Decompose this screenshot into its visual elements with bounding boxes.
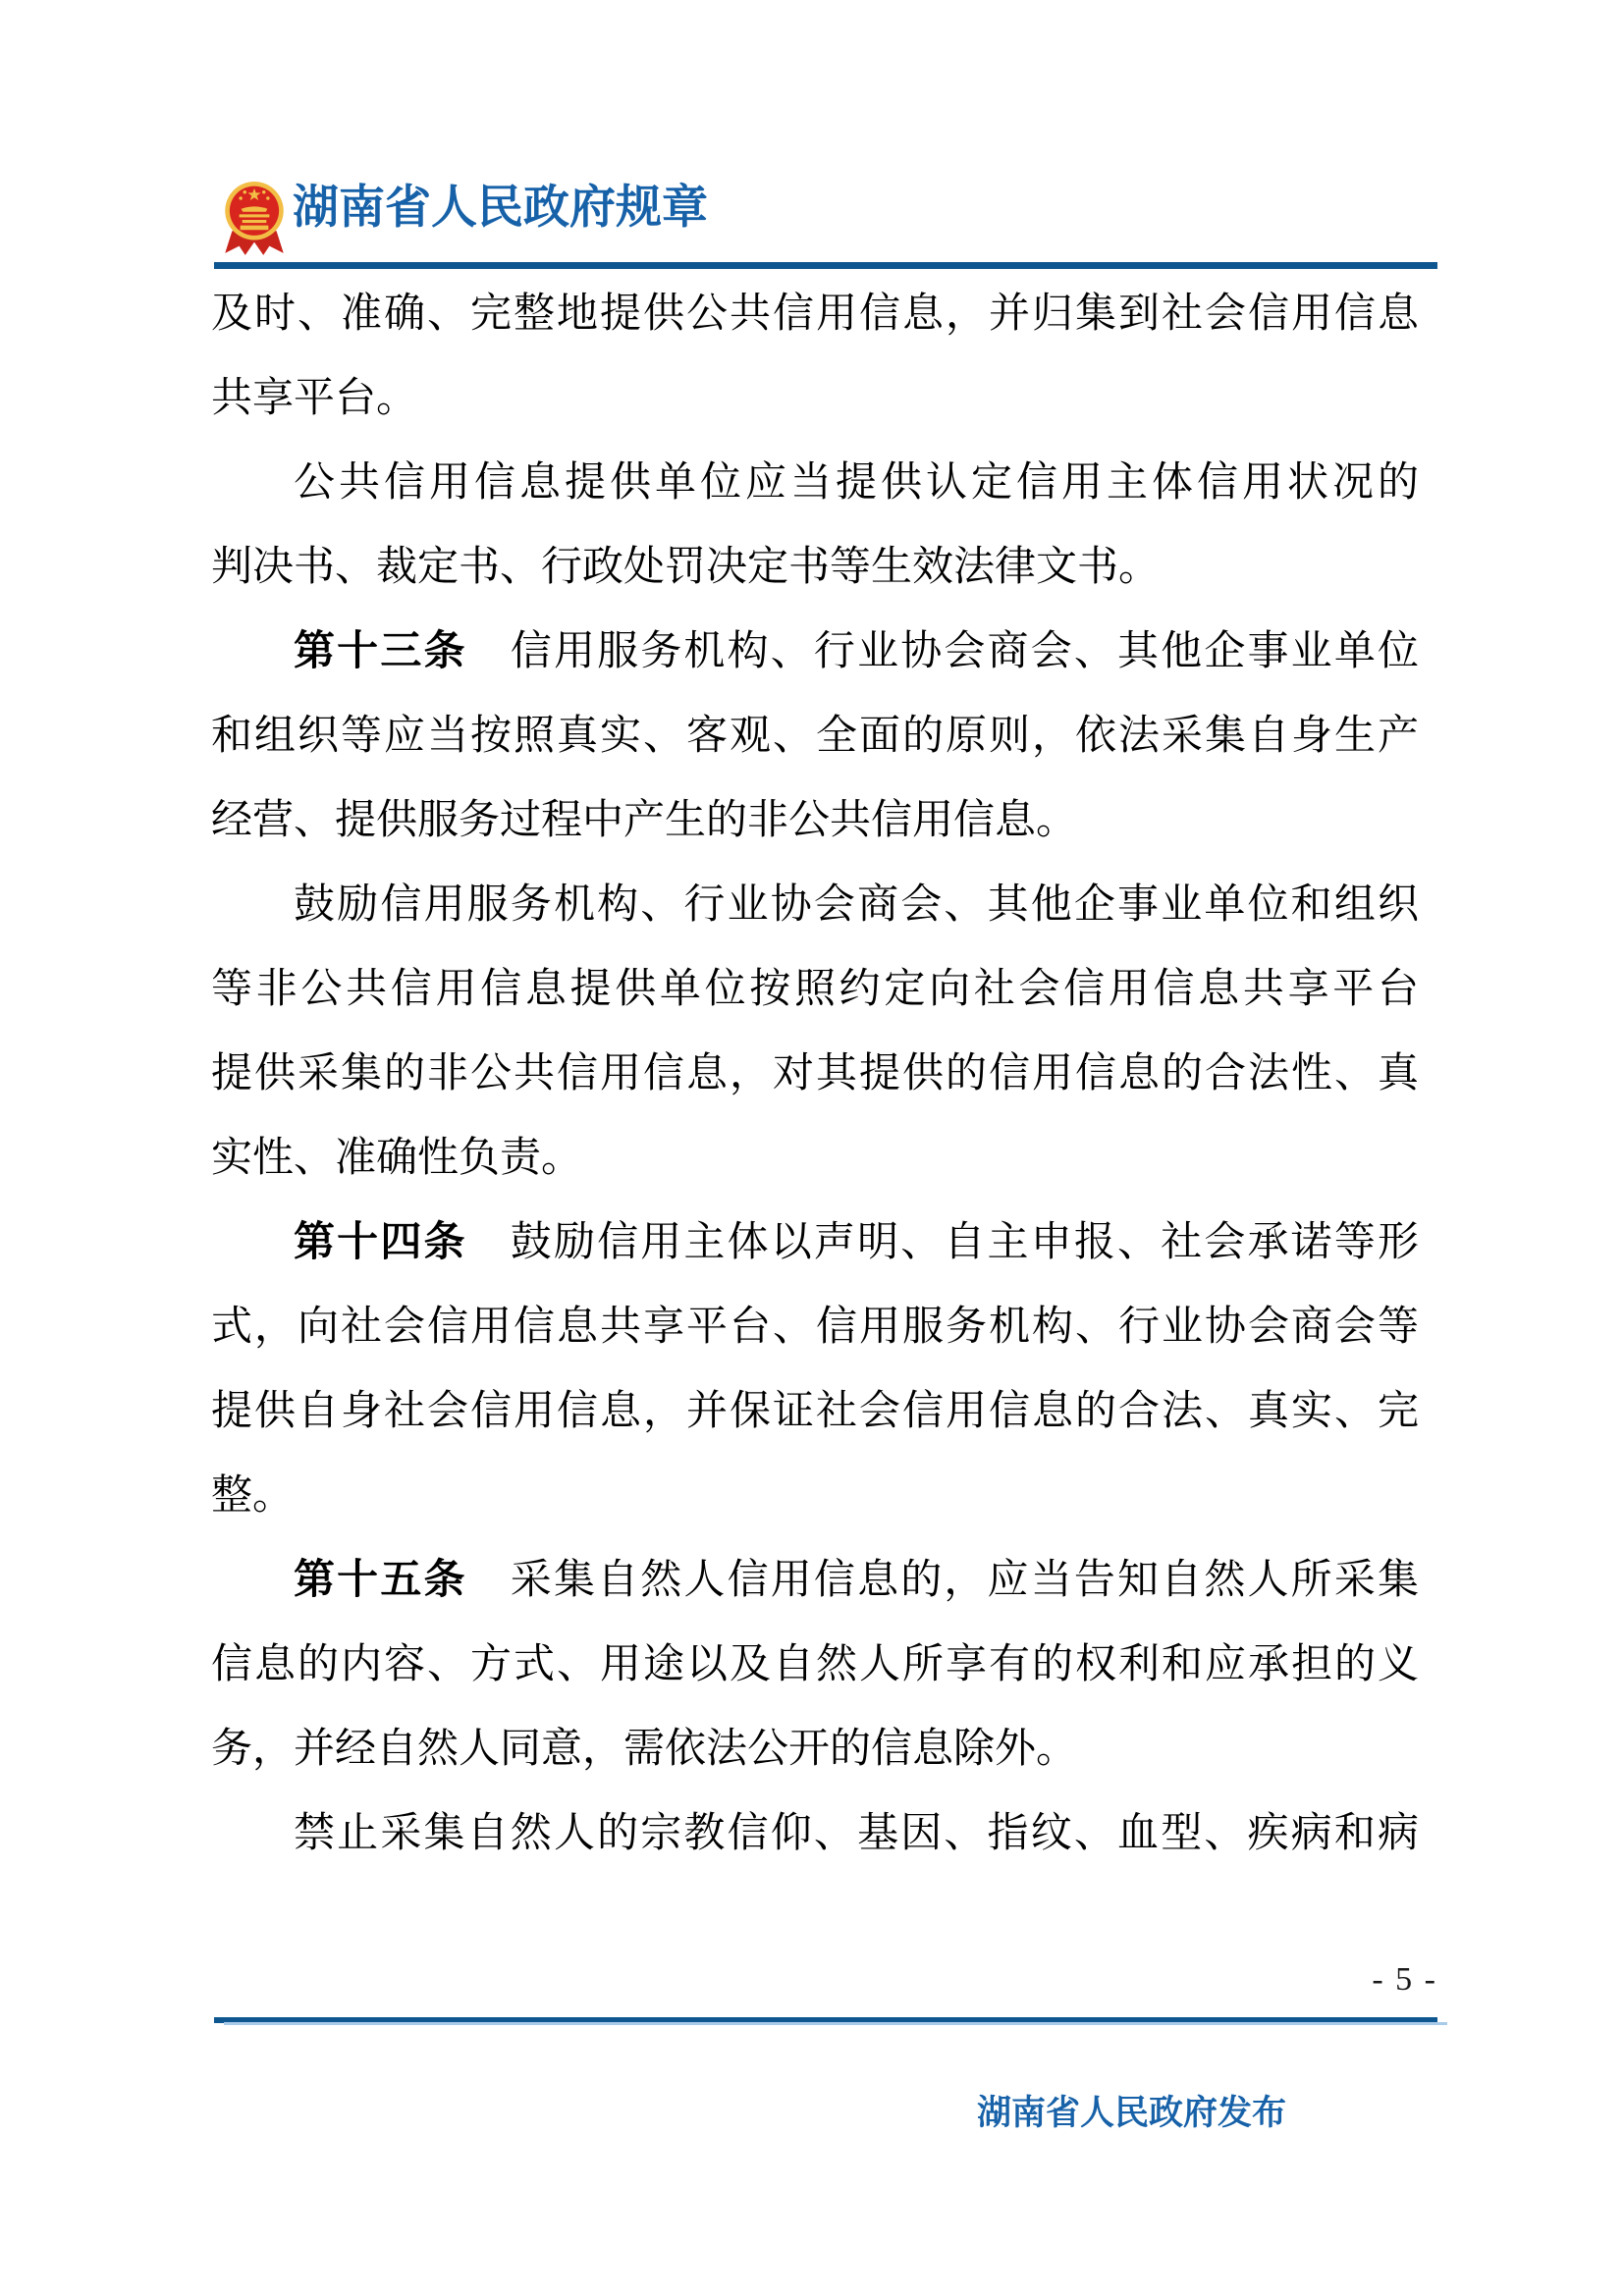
paragraph: 第十四条 鼓励信用主体以声明、自主申报、社会承诺等形式，向社会信用信息共享平台、… [211, 1201, 1419, 1538]
body-line: 提供自身社会信用信息，并保证社会信用信息的合法、真实、完 [211, 1369, 1419, 1454]
header-title: 湖南省人民政府规章 [293, 181, 708, 236]
footer-rule [214, 2017, 1437, 2023]
paragraph: 鼓励信用服务机构、行业协会商会、其他企事业单位和组织等非公共信用信息提供单位按照… [211, 863, 1419, 1201]
body-line: 鼓励信用服务机构、行业协会商会、其他企事业单位和组织 [211, 863, 1419, 947]
paragraph: 公共信用信息提供单位应当提供认定信用主体信用状况的判决书、裁定书、行政处罚决定书… [211, 441, 1419, 610]
body-line: 式，向社会信用信息共享平台、信用服务机构、行业协会商会等 [211, 1285, 1419, 1369]
body-line: 提供采集的非公共信用信息，对其提供的信用信息的合法性、真 [211, 1032, 1419, 1116]
body-line: 第十五条 采集自然人信用信息的，应当告知自然人所采集 [211, 1538, 1419, 1623]
article-number: 第十四条 [294, 1220, 467, 1265]
body-line: 经营、提供服务过程中产生的非公共信用信息。 [211, 778, 1419, 863]
document-body: 及时、准确、完整地提供公共信用信息，并归集到社会信用信息共享平台。公共信用信息提… [211, 272, 1419, 1876]
body-line: 务，并经自然人同意，需依法公开的信息除外。 [211, 1707, 1419, 1791]
body-line: 判决书、裁定书、行政处罚决定书等生效法律文书。 [211, 525, 1419, 610]
national-emblem-icon [222, 181, 287, 259]
publisher-label: 湖南省人民政府发布 [977, 2091, 1286, 2136]
body-line: 等非公共信用信息提供单位按照约定向社会信用信息共享平台 [211, 947, 1419, 1032]
body-line: 整。 [211, 1454, 1419, 1538]
body-line: 及时、准确、完整地提供公共信用信息，并归集到社会信用信息 [211, 272, 1419, 356]
document-page: 湖南省人民政府规章 及时、准确、完整地提供公共信用信息，并归集到社会信用信息共享… [0, 0, 1624, 2296]
article-number: 第十五条 [294, 1558, 467, 1603]
body-line: 实性、准确性负责。 [211, 1116, 1419, 1201]
article-number: 第十三条 [294, 629, 467, 674]
body-line: 和组织等应当按照真实、客观、全面的原则，依法采集自身生产 [211, 694, 1419, 778]
body-line: 共享平台。 [211, 356, 1419, 441]
body-line: 第十四条 鼓励信用主体以声明、自主申报、社会承诺等形 [211, 1201, 1419, 1285]
body-line: 第十三条 信用服务机构、行业协会商会、其他企事业单位 [211, 610, 1419, 694]
body-line: 公共信用信息提供单位应当提供认定信用主体信用状况的 [211, 441, 1419, 525]
body-line: 信息的内容、方式、用途以及自然人所享有的权利和应承担的义 [211, 1623, 1419, 1707]
body-line: 禁止采集自然人的宗教信仰、基因、指纹、血型、疾病和病 [211, 1791, 1419, 1876]
paragraph: 禁止采集自然人的宗教信仰、基因、指纹、血型、疾病和病 [211, 1791, 1419, 1876]
paragraph: 第十三条 信用服务机构、行业协会商会、其他企事业单位和组织等应当按照真实、客观、… [211, 610, 1419, 863]
header-rule [214, 262, 1437, 269]
paragraph: 及时、准确、完整地提供公共信用信息，并归集到社会信用信息共享平台。 [211, 272, 1419, 441]
page-number: - 5 - [1372, 1958, 1437, 2002]
paragraph: 第十五条 采集自然人信用信息的，应当告知自然人所采集信息的内容、方式、用途以及自… [211, 1538, 1419, 1791]
